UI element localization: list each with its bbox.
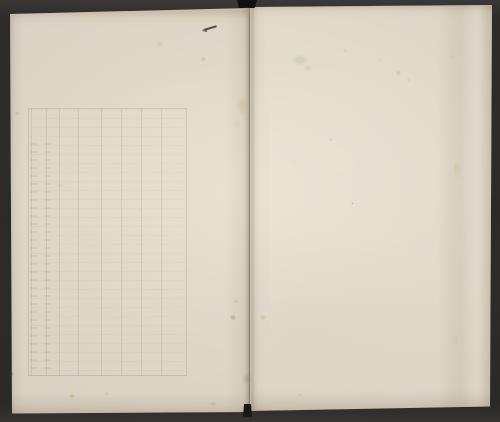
showthrough-column-line — [59, 109, 60, 375]
showthrough-text-smudge — [44, 143, 51, 369]
foxing-spot — [209, 401, 217, 407]
showthrough-text-smudge — [30, 143, 37, 369]
showthrough-column-line — [121, 109, 122, 375]
foxing-spot — [303, 64, 313, 72]
foxing-spot — [233, 299, 239, 304]
foxing-spot — [450, 332, 460, 348]
spine-fold — [245, 6, 255, 413]
foxing-spot — [229, 314, 237, 321]
foxing-spot — [329, 138, 332, 141]
spine-smudge — [240, 370, 254, 388]
foxing-spot — [448, 54, 456, 60]
foxing-spot — [351, 202, 354, 205]
foxing-spot — [451, 158, 463, 182]
foxing-spot — [138, 208, 142, 212]
foxing-spot — [200, 56, 207, 62]
foxing-spot — [104, 391, 110, 396]
foxing-spot — [234, 93, 252, 119]
foxing-spot — [395, 70, 402, 76]
foxing-spot — [10, 371, 13, 377]
foxing-spot — [406, 78, 411, 82]
foxing-spot — [14, 111, 20, 116]
showthrough-column-line — [78, 109, 79, 375]
glue-residue-stain — [239, 5, 254, 17]
foxing-spot — [155, 40, 165, 48]
paper-crease — [266, 110, 269, 340]
showthrough-column-line — [141, 109, 142, 375]
foxing-spot — [293, 158, 297, 162]
foxing-spot — [342, 48, 348, 53]
foxing-spot — [57, 183, 63, 188]
foxing-spot — [68, 393, 76, 399]
scanned-book-spread — [0, 0, 500, 422]
foxing-spot — [232, 118, 242, 130]
binding-tab-bottom — [243, 404, 252, 417]
foxing-spot — [297, 393, 303, 397]
showthrough-column-line — [101, 109, 102, 375]
foxing-spot — [259, 314, 267, 321]
table-showthrough — [28, 108, 187, 376]
showthrough-column-line — [161, 109, 162, 375]
foxing-spot — [378, 58, 382, 62]
